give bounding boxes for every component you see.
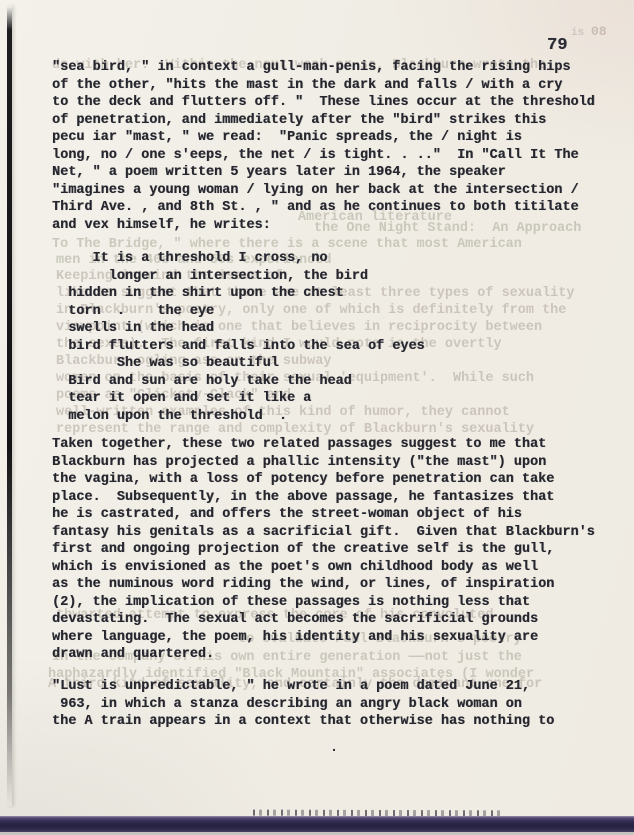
- paragraph-3: "Lust is unpredictable, " he wrote in a …: [52, 678, 554, 731]
- book-spine-shadow: [7, 6, 12, 806]
- stray-period: .: [330, 740, 338, 758]
- bleedthrough-mark: is: [571, 27, 584, 40]
- paragraph-2: Taken together, these two related passag…: [52, 436, 595, 664]
- page-bottom-edge: [0, 816, 634, 832]
- poem-block: It is a threshold I cross, no longer an …: [52, 250, 425, 425]
- bleedthrough-page-number: 80: [591, 24, 607, 39]
- scanned-page: do with her. Within the next week or so,…: [0, 0, 634, 835]
- page-number: 79: [547, 36, 567, 56]
- paragraph-1: "sea bird, " in context a gull-man-penis…: [52, 59, 595, 234]
